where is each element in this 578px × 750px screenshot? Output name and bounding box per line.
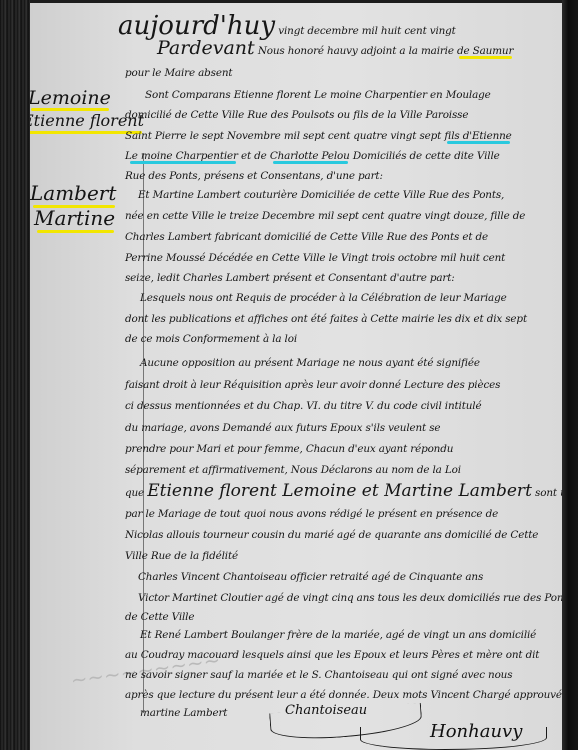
mother-name: Charlotte Pelou (270, 150, 350, 162)
mairie-place: de Saumur (457, 45, 513, 57)
text-line: ci dessus mentionnées et du Chap. VI. du… (125, 400, 481, 412)
margin-groom-surname: Lemoine (30, 87, 111, 109)
margin-bride: Lambert Martine (30, 181, 116, 231)
spouses-declaration-line: que Etienne florent Lemoine et Martine L… (125, 481, 562, 501)
text-line: dont les publications et affiches ont ét… (125, 313, 527, 325)
text-line: ne savoir signer sauf la mariée et le S.… (125, 669, 512, 681)
text-line: Et Martine Lambert couturière Domiciliée… (138, 189, 504, 201)
parents-line: Le moine Charpentier et de Charlotte Pel… (125, 150, 500, 162)
bride-signature: martine Lambert (140, 707, 227, 719)
text-line: par le Mariage de tout quoi nous avons r… (125, 508, 498, 520)
father-name: Le moine Charpentier (125, 150, 238, 162)
text-line: Lesquels nous ont Requis de procéder à l… (140, 292, 507, 304)
margin-bride-given-names: Martine (34, 206, 115, 231)
text-line: de Cette Ville (125, 611, 194, 623)
text-line: de ce mois Conformement à la loi (125, 333, 297, 345)
text-line: Et René Lambert Boulanger frère de la ma… (140, 629, 536, 641)
text-line: Rue des Ponts, présens et Consentans, d'… (125, 170, 383, 182)
text-segment: et de (238, 150, 270, 162)
pardevant-word: Pardevant (157, 37, 255, 59)
text-line: Aucune opposition au présent Mariage ne … (140, 357, 480, 369)
text-line: domicilié de Cette Ville Rue des Poulsot… (125, 109, 468, 121)
text-line: au Coudray macouard lesquels ainsi que l… (125, 649, 539, 661)
text-line: Charles Vincent Chantoiseau officier ret… (138, 571, 483, 583)
son-of-label: fils d'Etienne (444, 130, 511, 142)
text-line: prendre pour Mari et pour femme, Chacun … (125, 443, 453, 455)
text-line: née en cette Ville le treize Decembre mi… (125, 210, 525, 222)
text-line: séparement et affirmativement, Nous Décl… (125, 464, 461, 476)
header-line-3: pour le Maire absent (125, 67, 232, 79)
text-line: faisant droit à leur Réquisition après l… (125, 379, 500, 391)
text-segment: Domiciliés de cette dite Ville (350, 150, 500, 162)
margin-bride-surname: Lambert (30, 181, 116, 206)
header-line-2: Pardevant Nous honoré hauvy adjoint a la… (157, 37, 513, 59)
text-line: Nicolas allouis tourneur cousin du marié… (125, 529, 538, 541)
text-line: après que lecture du présent leur a été … (125, 689, 562, 701)
text-line: Victor Martinet Cloutier agé de vingt ci… (138, 592, 562, 604)
text-line: seize, ledit Charles Lambert présent et … (125, 272, 455, 284)
text-segment: que (125, 487, 147, 499)
text-line: Saint Pierre le sept Novembre mil sept c… (125, 130, 512, 142)
text-segment: sont unis (532, 487, 562, 499)
officer-name: Nous honoré hauvy adjoint a la mairie (258, 45, 454, 57)
officer-flourish (360, 727, 547, 750)
text-line: Charles Lambert fabricant domicilié de C… (125, 231, 488, 243)
text-line: du mariage, avons Demandé aux futurs Epo… (125, 422, 440, 434)
page-right-edge (562, 0, 578, 750)
text-line: Sont Comparans Etienne florent Le moine … (145, 89, 491, 101)
text-segment: Saint Pierre le sept Novembre mil sept c… (125, 130, 441, 142)
text-line: Perrine Moussé Décédée en Cette Ville le… (125, 252, 505, 264)
spouses-names: Etienne florent Lemoine et Martine Lambe… (147, 481, 532, 501)
book-binding (0, 0, 32, 750)
register-page: ~~~~~~~~~ Lemoine Etienne florent Lamber… (30, 3, 562, 750)
text-line: Ville Rue de la fidélité (125, 550, 238, 562)
record-date: vingt decembre mil huit cent vingt (278, 25, 455, 37)
